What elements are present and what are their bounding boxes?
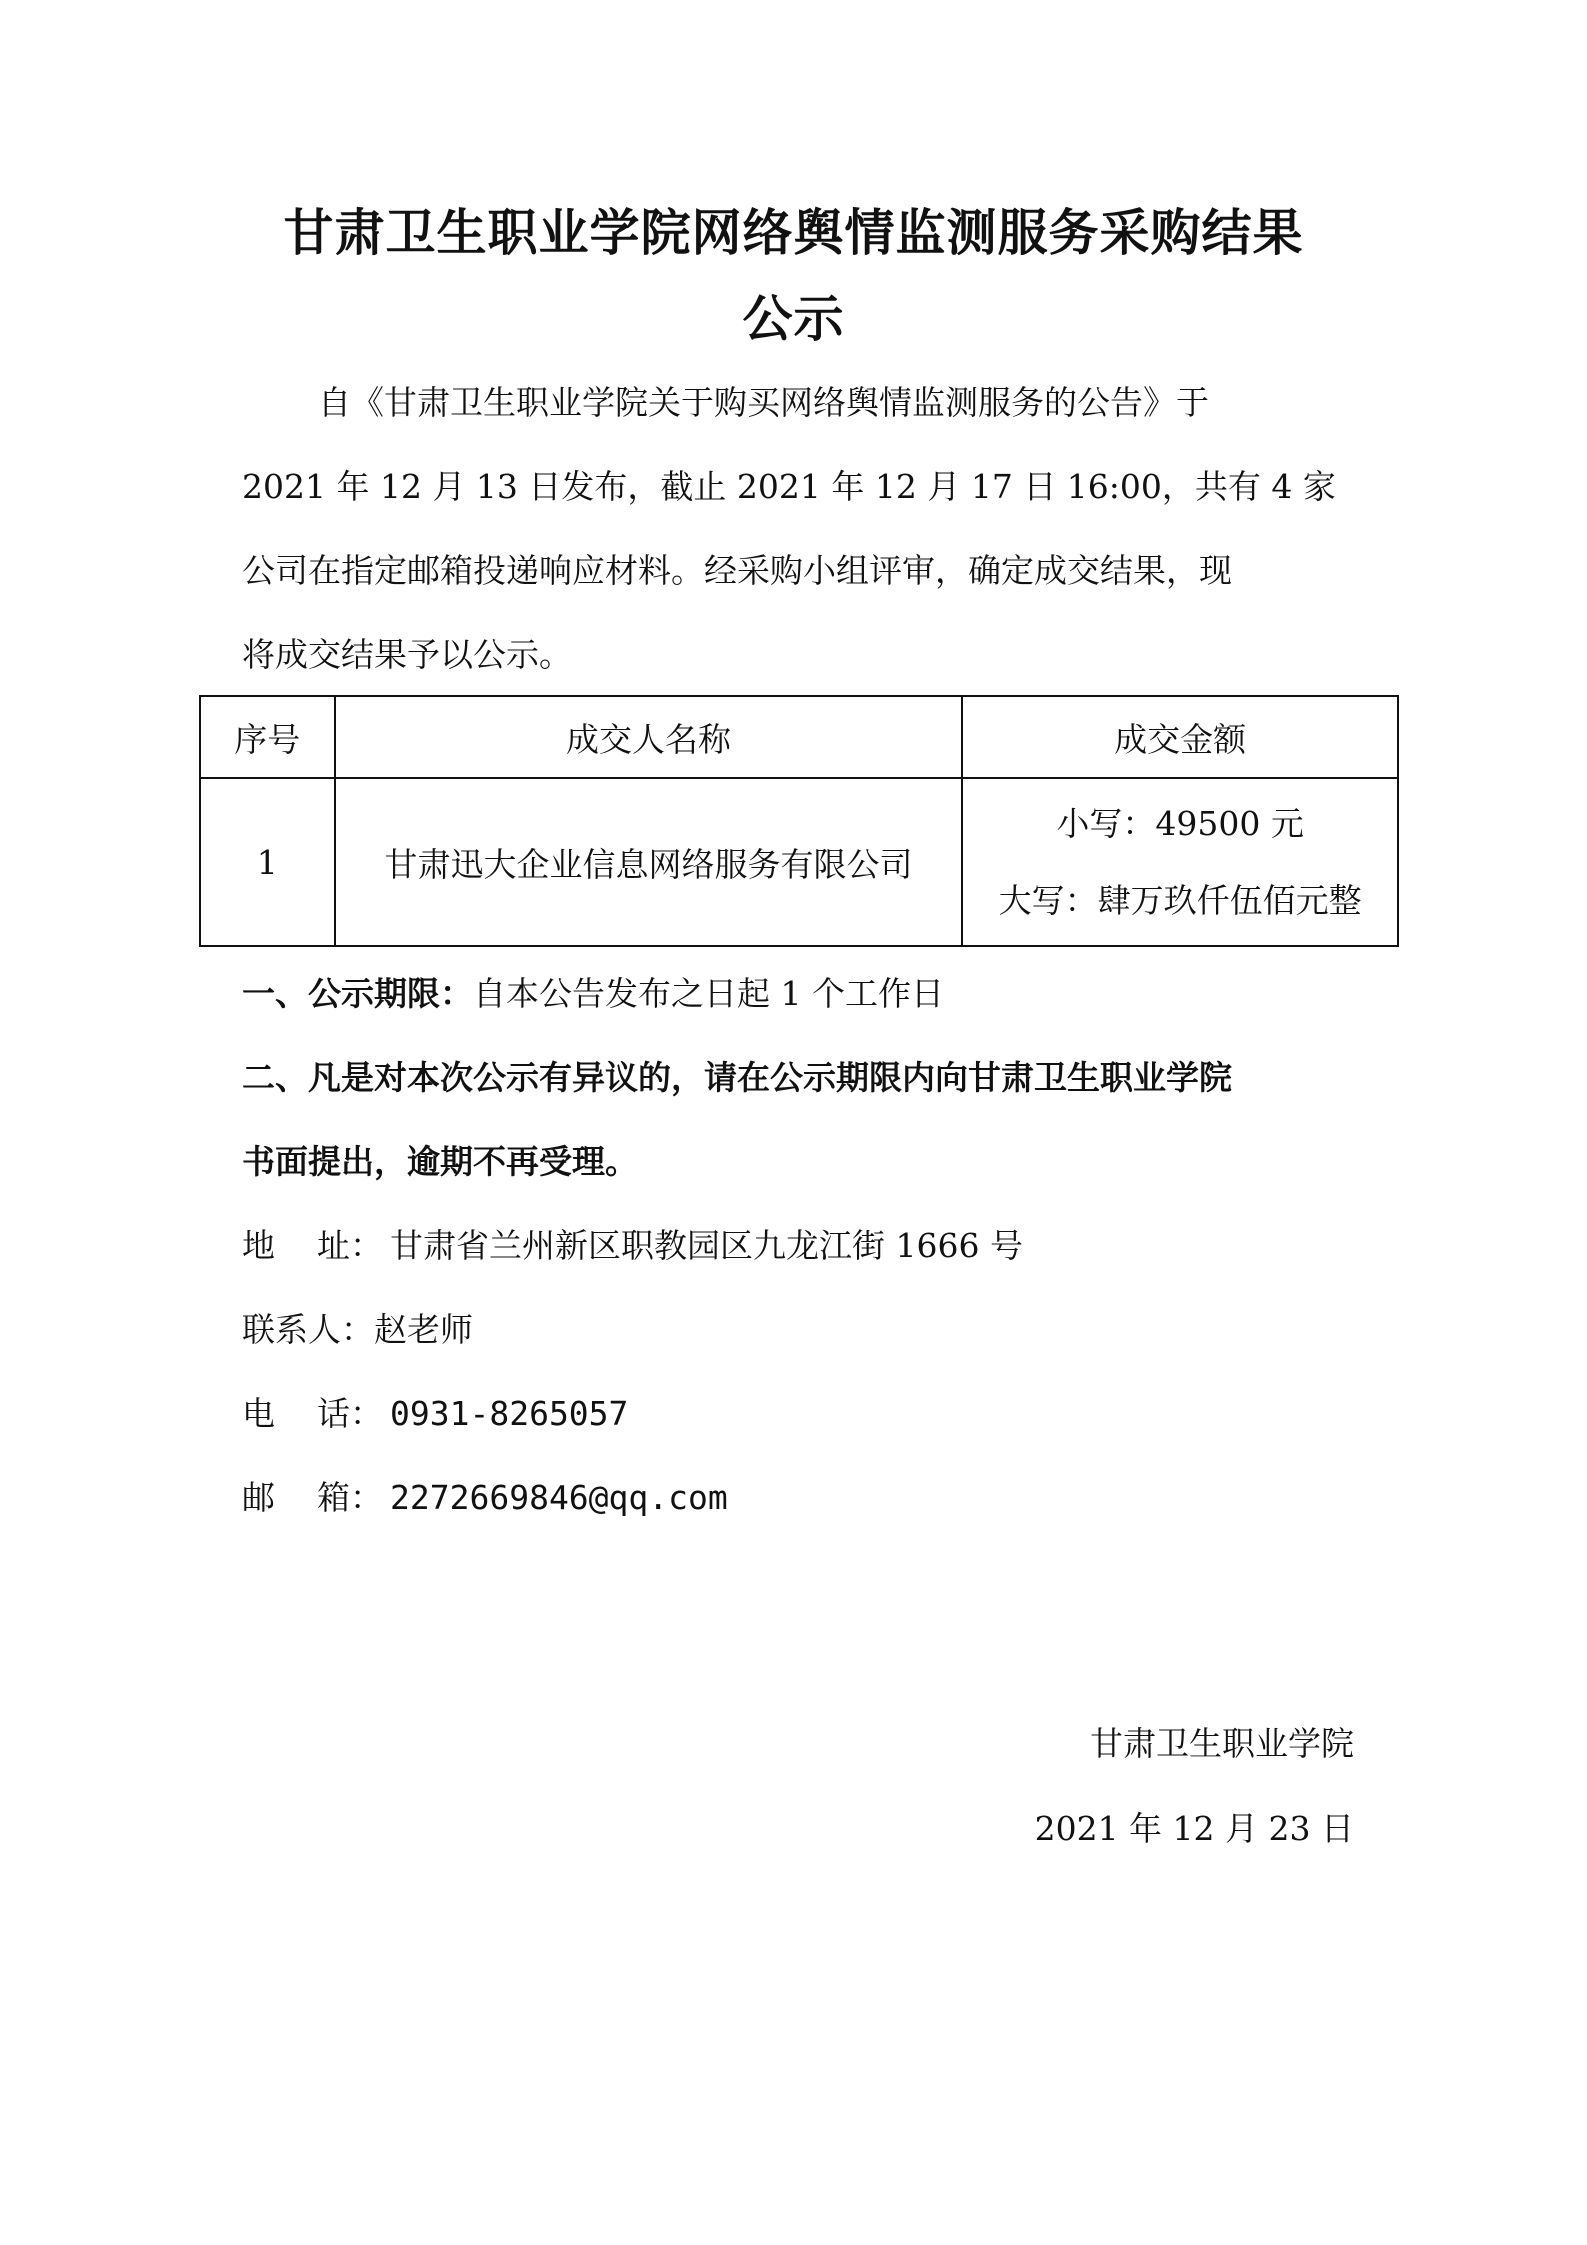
header-no: 序号 <box>200 696 335 778</box>
signature-date: 2021 年 12 月 23 日 <box>1035 1812 1354 1845</box>
section-1-text: 自本公告发布之日起 1 个工作日 <box>473 974 944 1013</box>
cell-name: 甘肃迅大企业信息网络服务有限公司 <box>335 778 963 946</box>
table-row: 1 甘肃迅大企业信息网络服务有限公司 小写：49500 元 大写：肆万玖仟伍佰元… <box>200 778 1398 946</box>
intro-line-3: 公司在指定邮箱投递响应材料。经采购小组评审，确定成交结果，现 <box>242 554 1357 587</box>
header-amount: 成交金额 <box>962 696 1398 778</box>
email-label: 邮箱： <box>242 1481 390 1514</box>
amount-upper: 大写：肆万玖仟伍佰元整 <box>963 884 1397 917</box>
phone-value: 0931-8265057 <box>390 1394 628 1433</box>
section-1: 一、公示期限：自本公告发布之日起 1 个工作日 <box>242 977 1357 1010</box>
contact-person: 联系人：赵老师 <box>242 1313 1357 1346</box>
phone-label: 电话： <box>242 1397 390 1430</box>
intro-line-2: 2021 年 12 月 13 日发布，截止 2021 年 12 月 17 日 1… <box>242 470 1357 503</box>
section-1-label: 一、公示期限： <box>242 974 473 1013</box>
person-label: 联系人： <box>242 1310 374 1349</box>
intro-line-4: 将成交结果予以公示。 <box>242 638 1357 671</box>
contact-address: 地址：甘肃省兰州新区职教园区九龙江街 1666 号 <box>242 1229 1357 1262</box>
header-name: 成交人名称 <box>335 696 963 778</box>
section-2-line-1: 二、凡是对本次公示有异议的，请在公示期限内向甘肃卫生职业学院 <box>242 1061 1357 1094</box>
person-value: 赵老师 <box>374 1310 473 1349</box>
email-value: 2272669846@qq.com <box>390 1478 728 1517</box>
contact-phone: 电话：0931-8265057 <box>242 1397 1357 1430</box>
amount-lower: 小写：49500 元 <box>963 807 1397 840</box>
cell-amount: 小写：49500 元 大写：肆万玖仟伍佰元整 <box>962 778 1398 946</box>
address-label: 地址： <box>242 1229 390 1262</box>
cell-no: 1 <box>200 778 335 946</box>
intro-line-1: 自《甘肃卫生职业学院关于购买网络舆情监测服务的公告》于 <box>318 386 1357 419</box>
table-header-row: 序号 成交人名称 成交金额 <box>200 696 1398 778</box>
document-title-line-2: 公示 <box>0 294 1587 344</box>
address-value: 甘肃省兰州新区职教园区九龙江街 1666 号 <box>390 1226 1023 1265</box>
document-title-line-1: 甘肃卫生职业学院网络舆情监测服务采购结果 <box>0 208 1587 258</box>
signature-org: 甘肃卫生职业学院 <box>1090 1727 1354 1760</box>
section-2-line-2: 书面提出，逾期不再受理。 <box>242 1145 1357 1178</box>
contact-email: 邮箱：2272669846@qq.com <box>242 1481 1357 1514</box>
result-table: 序号 成交人名称 成交金额 1 甘肃迅大企业信息网络服务有限公司 小写：4950… <box>199 695 1399 947</box>
